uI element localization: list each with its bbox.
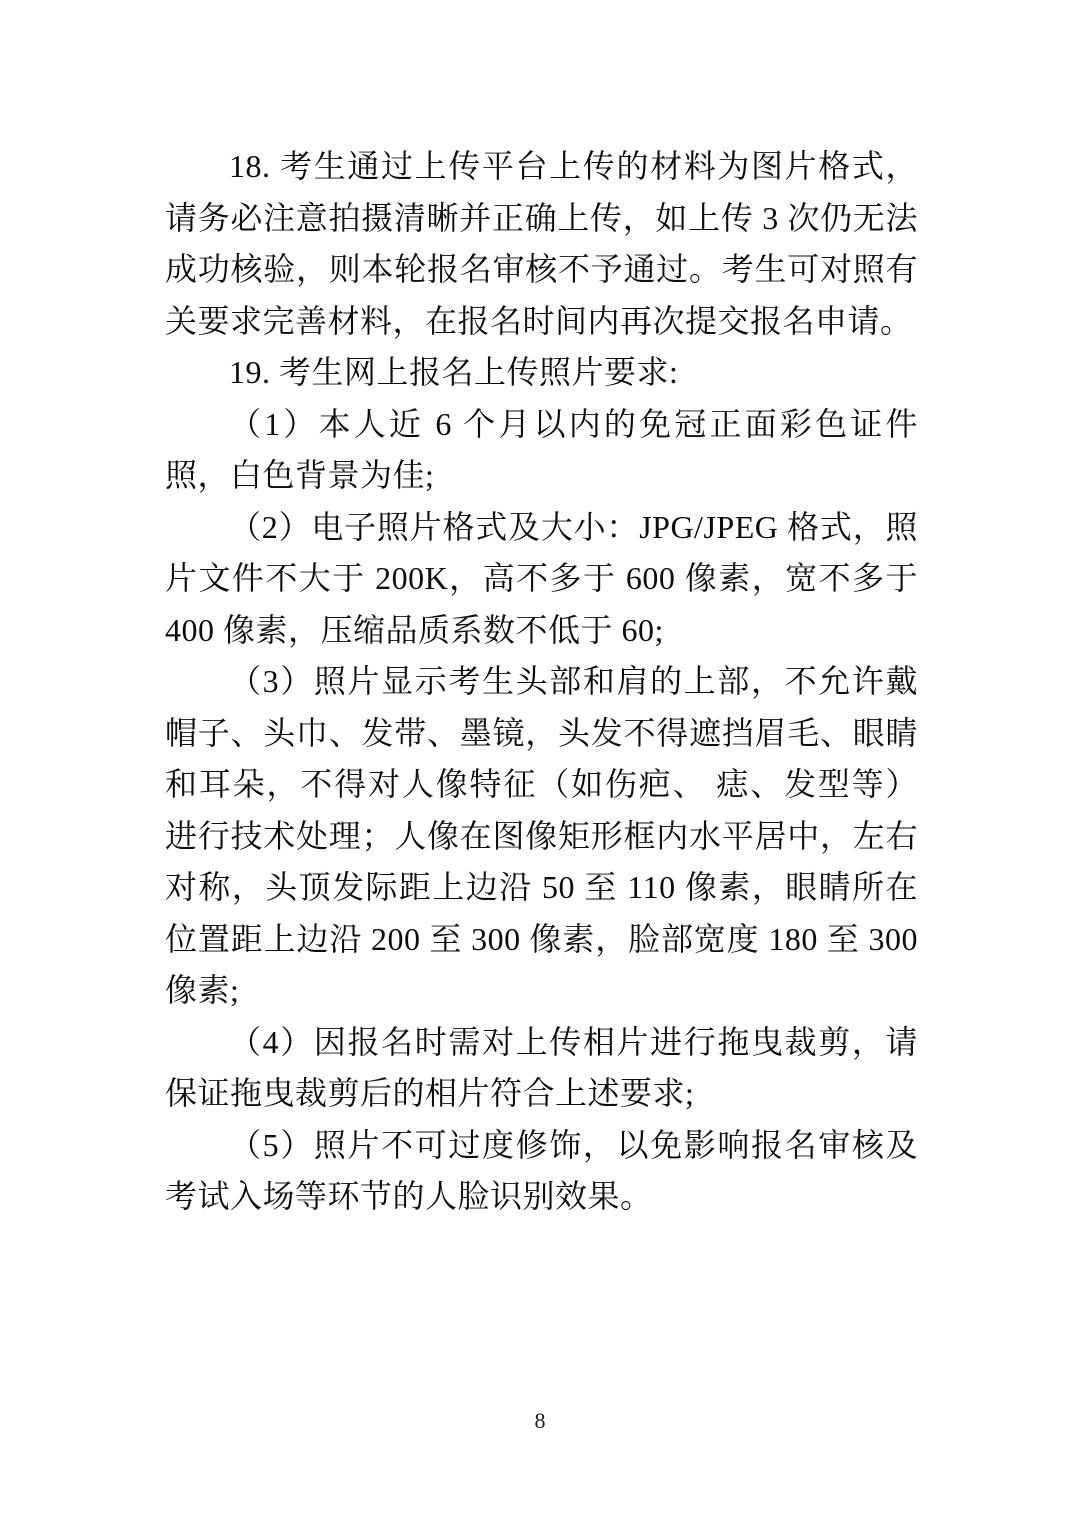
paragraph-18: 18. 考生通过上传平台上传的材料为图片格式，请务必注意拍摄清晰并正确上传，如上… (165, 141, 918, 347)
paragraph-19-item-1: （1）本人近 6 个月以内的免冠正面彩色证件照，白色背景为佳; (165, 399, 918, 502)
paragraph-19-item-2: （2）电子照片格式及大小：JPG/JPEG 格式，照片文件不大于 200K，高不… (165, 502, 918, 657)
document-page: 18. 考生通过上传平台上传的材料为图片格式，请务必注意拍摄清晰并正确上传，如上… (0, 0, 1080, 1528)
paragraph-19-heading: 19. 考生网上报名上传照片要求: (165, 347, 918, 399)
document-content: 18. 考生通过上传平台上传的材料为图片格式，请务必注意拍摄清晰并正确上传，如上… (165, 141, 918, 1223)
paragraph-19-item-5: （5）照片不可过度修饰，以免影响报名审核及考试入场等环节的人脸识别效果。 (165, 1120, 918, 1223)
paragraph-19-item-3: （3）照片显示考生头部和肩的上部，不允许戴帽子、头巾、发带、墨镜，头发不得遮挡眉… (165, 656, 918, 1017)
page-number: 8 (0, 1408, 1080, 1434)
paragraph-19-item-4: （4）因报名时需对上传相片进行拖曳裁剪，请保证拖曳裁剪后的相片符合上述要求; (165, 1017, 918, 1120)
